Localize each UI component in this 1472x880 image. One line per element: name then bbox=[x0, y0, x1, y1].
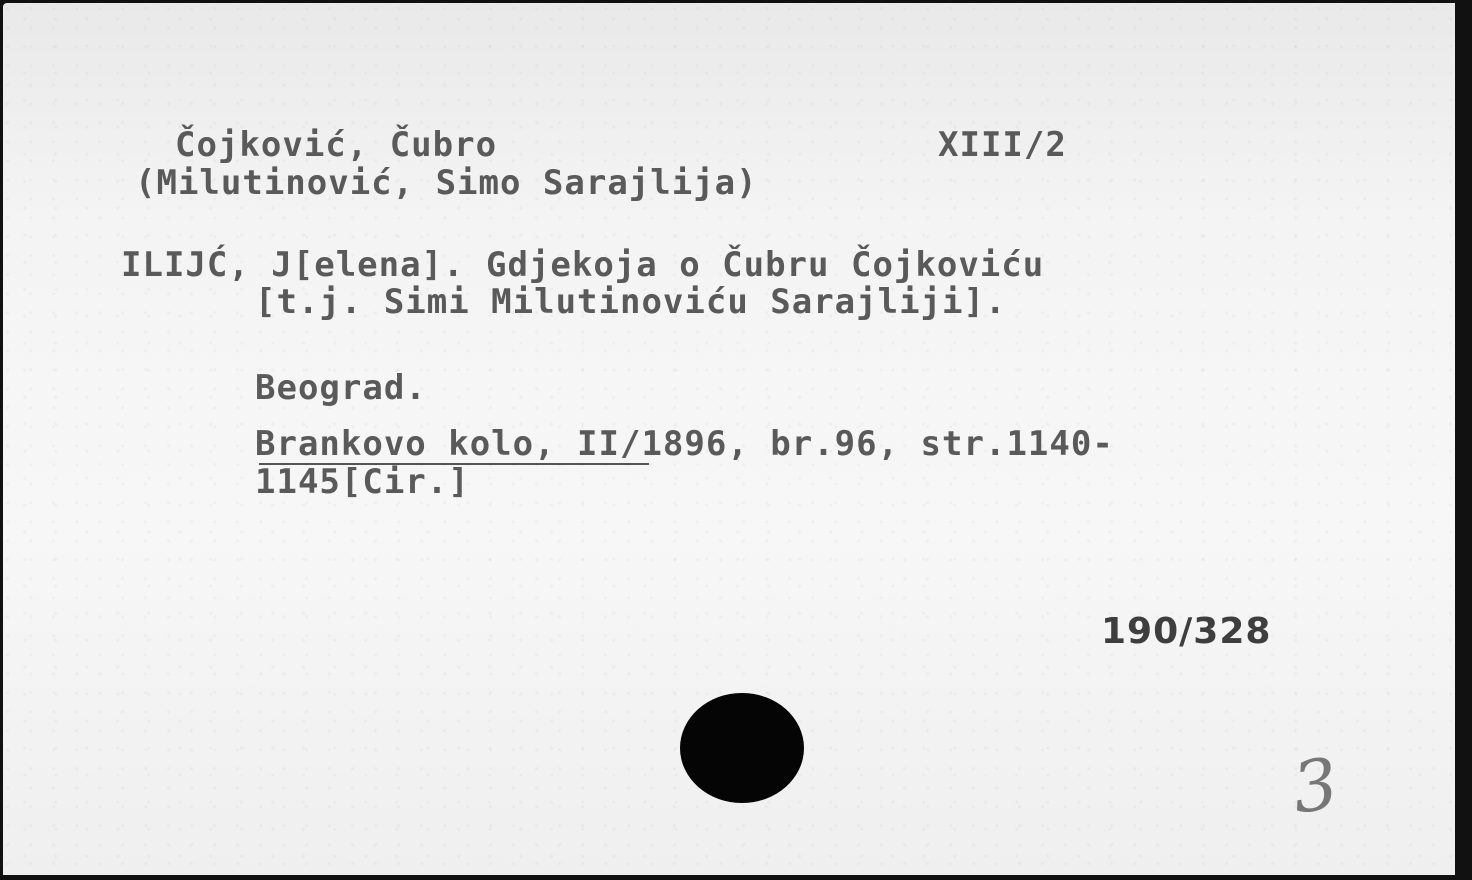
heading-subject-name: Čojković, Čubro bbox=[175, 128, 497, 162]
heading-alternate-name: (Milutinović, Simo Sarajlija) bbox=[135, 166, 758, 200]
handwritten-number: 3 bbox=[1288, 748, 1342, 824]
catalog-card: Čojković, Čubro XIII/2 (Milutinović, Sim… bbox=[3, 3, 1455, 875]
entry-author-title: ILIJĆ, J[elena]. Gdjekoja o Čubru Čojkov… bbox=[121, 248, 1044, 282]
punch-hole bbox=[680, 693, 804, 803]
entry-place: Beograd. bbox=[255, 371, 427, 405]
entry-source: Brankovo kolo, II/1896, br.96, str.1140- bbox=[255, 427, 1114, 461]
classification-code: XIII/2 bbox=[938, 128, 1067, 162]
call-number: 190/328 bbox=[1101, 611, 1271, 652]
entry-title-continuation: [t.j. Simi Milutinoviću Sarajliji]. bbox=[255, 285, 1006, 319]
entry-pages: 1145[Cir.] bbox=[255, 465, 470, 499]
